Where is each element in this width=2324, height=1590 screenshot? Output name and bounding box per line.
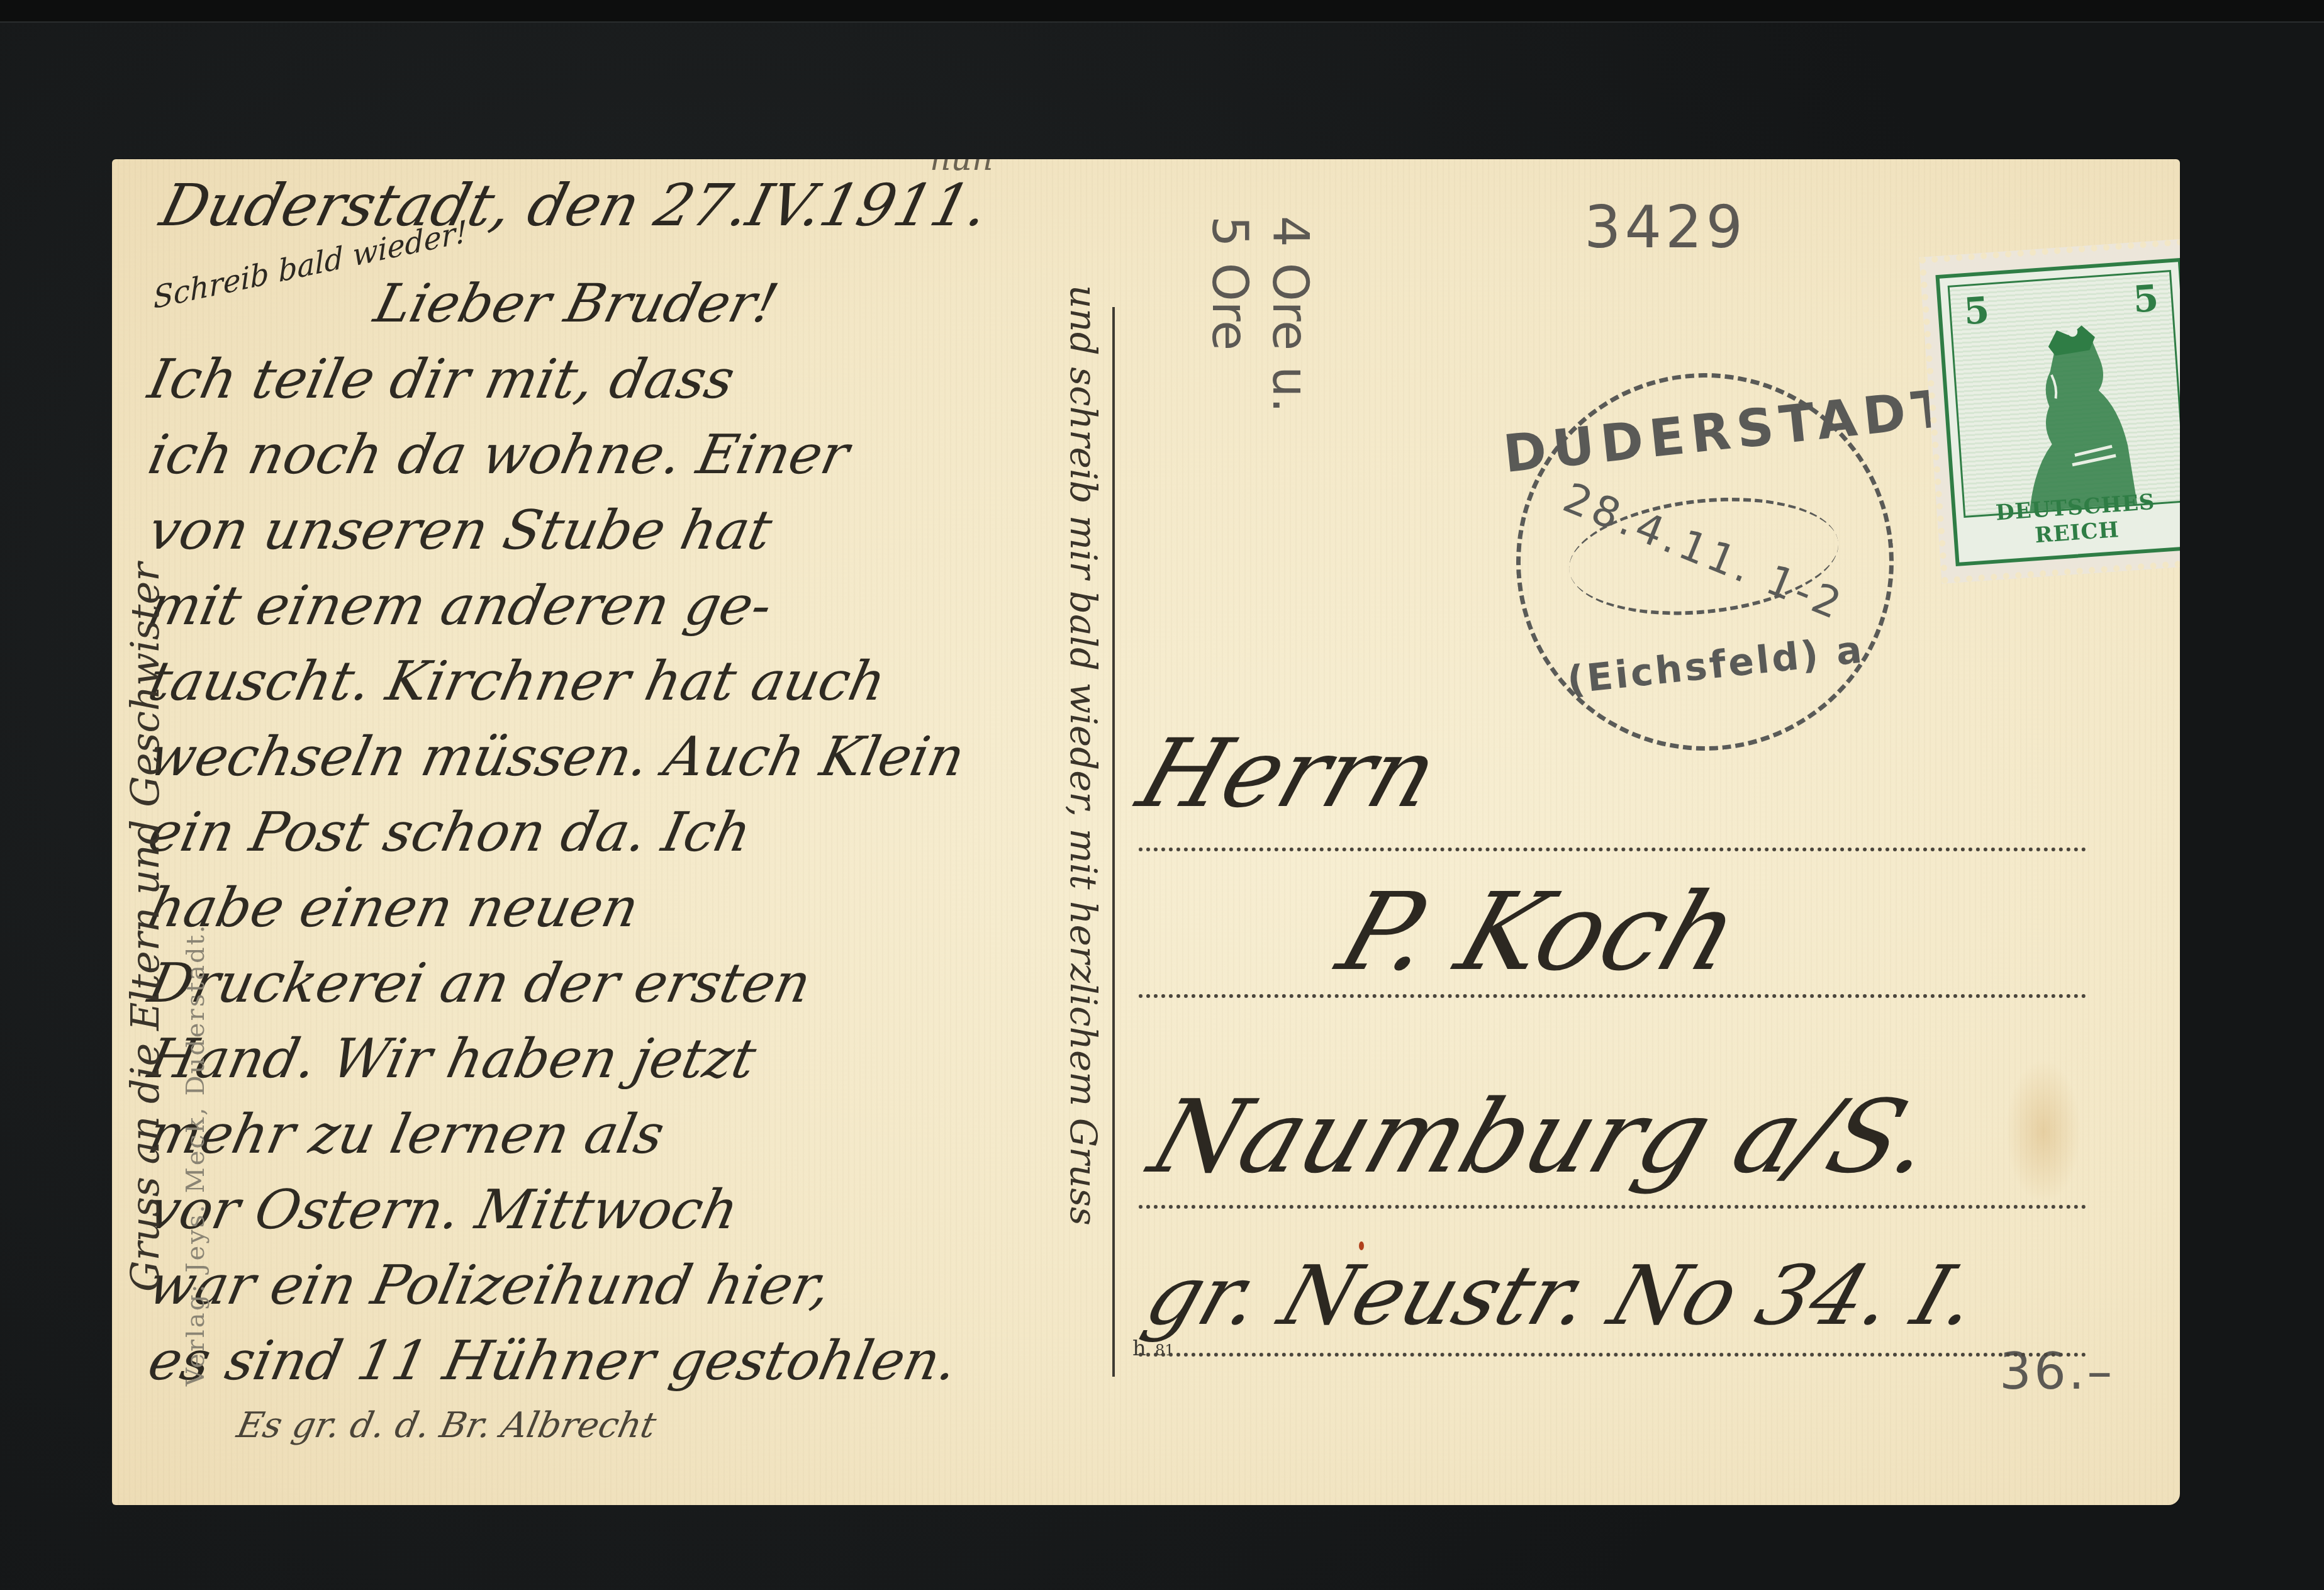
ink-speck — [1359, 1241, 1364, 1250]
pencil-note: 4 Ore u. 5 Ore — [1199, 216, 1320, 413]
message-margin-right: und schreib mir bald wieder, mit herzlic… — [1062, 285, 1105, 1226]
message-line: Hand. Wir haben jetzt — [143, 1027, 761, 1090]
message-line: es sind 11 Hühner gestohlen. — [143, 1330, 963, 1392]
germania-portrait-icon — [2009, 319, 2142, 518]
message-line: Es gr. d. d. Br. Albrecht — [233, 1405, 660, 1446]
message-line: habe einen neuen — [143, 876, 644, 939]
album-mount: Duderstadt, den 27.IV.1911. nun Schreib … — [0, 0, 2324, 1590]
postage-stamp: 5 5 DEUTSCHES REICH — [1919, 238, 2180, 583]
address-line-4 — [1139, 1353, 2086, 1357]
message-line: Druckerei an der ersten — [143, 952, 816, 1015]
mount-edge — [0, 0, 2324, 23]
postmark: DUDERSTADT 28.4.11. 1-2 (Eichsfeld) a — [1497, 354, 1912, 769]
stamp-vignette: 5 5 — [1948, 270, 2180, 518]
message-heading: Duderstadt, den 27.IV.1911. — [154, 172, 996, 239]
address-line-3 — [1139, 1205, 2086, 1209]
stamp-frame: 5 5 DEUTSCHES REICH — [1935, 258, 2180, 566]
message-salutation: Lieber Bruder! — [369, 272, 785, 334]
message-line: ich noch da wohne. Einer — [143, 423, 854, 486]
message-line: mehr zu lernen als — [143, 1103, 669, 1166]
message-line: war ein Polizeihund hier, — [143, 1254, 836, 1317]
message-address-divider — [1112, 307, 1115, 1377]
stamp-value-left: 5 — [1962, 288, 1991, 333]
message-top-insertion: nun — [930, 159, 993, 178]
message-line: tauscht. Kirchner hat auch — [143, 650, 891, 713]
message-line: wechseln müssen. Auch Klein — [143, 725, 970, 788]
publisher-imprint: Verlag: Jeys. Meck, Duderstadt. — [181, 924, 210, 1386]
message-line: vor Ostern. Mittwoch — [143, 1179, 744, 1241]
address-city: Naumburg a/S. — [1137, 1078, 1949, 1195]
postmark-letter: a — [1834, 628, 1867, 675]
message-line: mit einem anderen ge- — [143, 574, 777, 637]
pencil-note-line: 4 Ore u. — [1260, 216, 1320, 413]
pencil-note-line: 5 Ore — [1199, 216, 1260, 413]
stamp-value-right: 5 — [2131, 277, 2160, 322]
pencil-price: 36.– — [1999, 1342, 2115, 1401]
message-margin-left: Gruss an die Eltern und Geschwister — [122, 563, 168, 1292]
message-line: ein Post schon da. Ich — [143, 801, 756, 864]
address-salutation: Herrn — [1126, 719, 1451, 829]
address-street: gr. Neustr. No 34. I. — [1134, 1248, 1991, 1343]
foxing-stain — [2006, 1059, 2081, 1204]
pencil-reference-number: 3429 — [1584, 194, 1746, 261]
message-line: Ich teile dir mit, dass — [143, 348, 740, 411]
address-name: P. Koch — [1325, 870, 1754, 995]
postcard: Duderstadt, den 27.IV.1911. nun Schreib … — [112, 159, 2180, 1505]
address-line-1 — [1139, 848, 2086, 851]
message-line: von unseren Stube hat — [143, 499, 777, 562]
